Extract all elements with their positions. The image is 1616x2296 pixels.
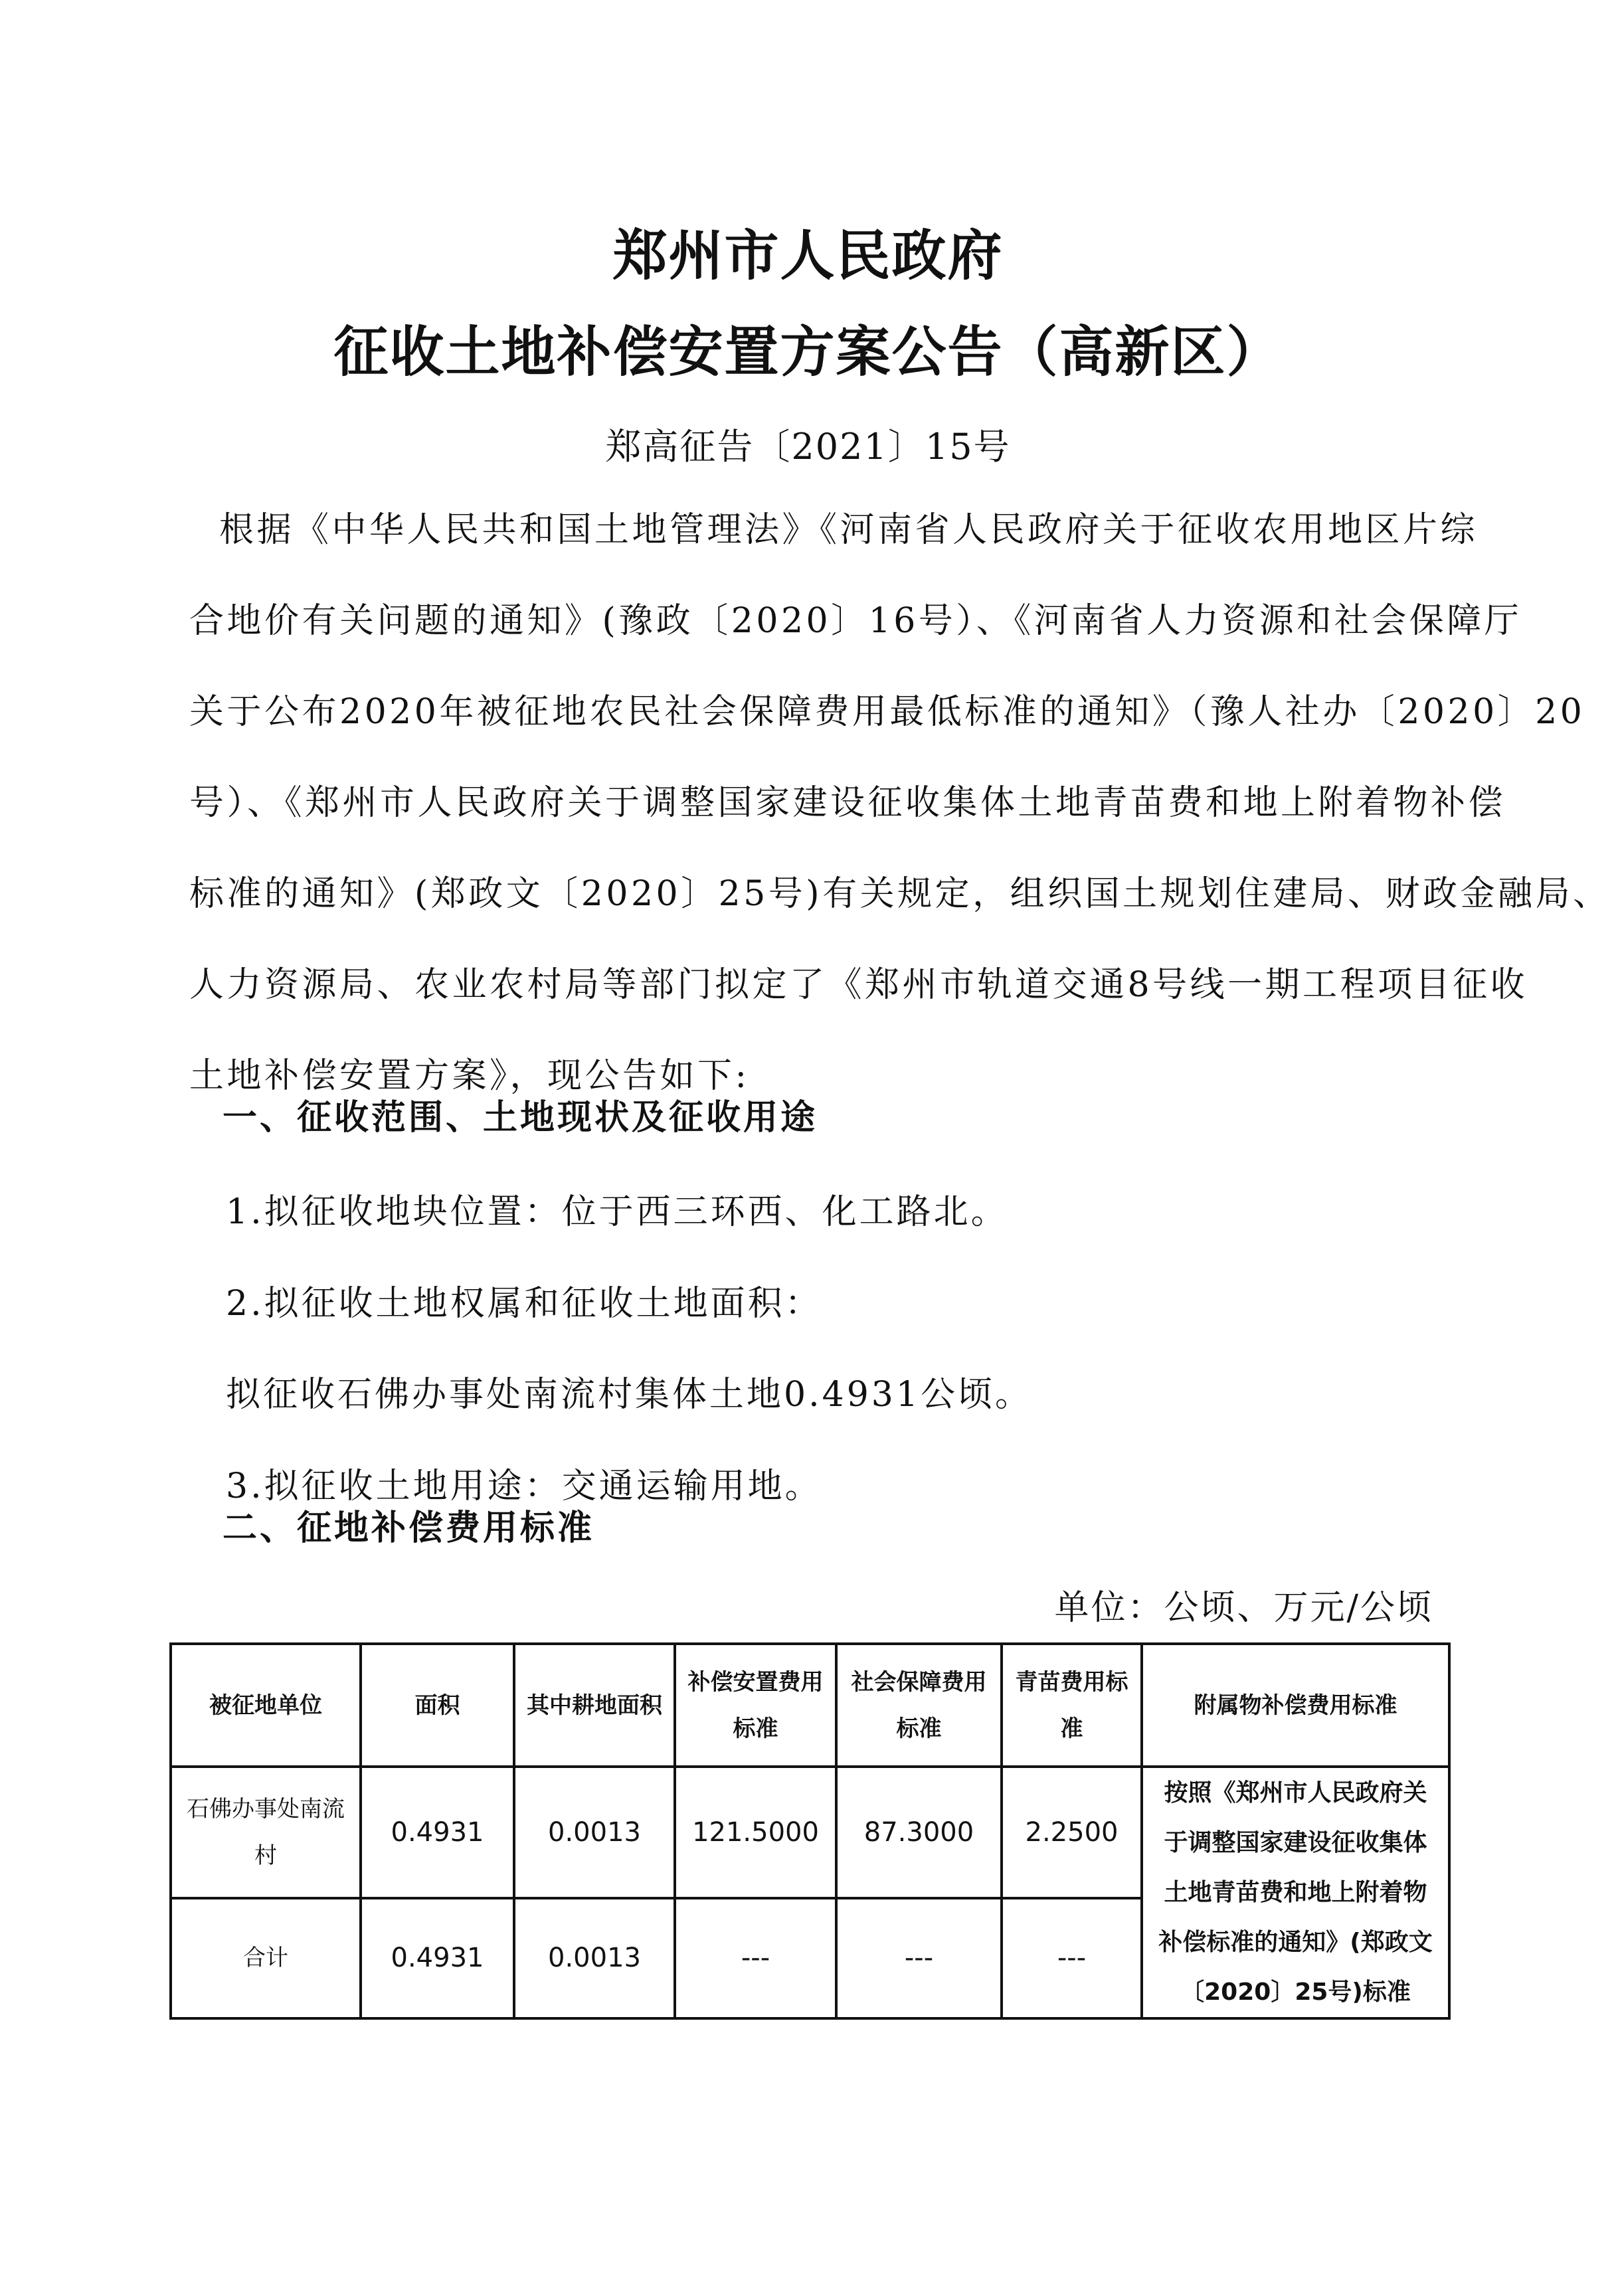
- column-header: 青苗费用标准: [1002, 1644, 1142, 1767]
- intro-line: 合地价有关问题的通知》(豫政〔2020〕16号）、《河南省人力资源和社会保障厅: [189, 592, 1522, 642]
- cell-compensation: 121.5000: [675, 1767, 836, 1898]
- section-item: 拟征收石佛办事处南流村集体土地0.4931公顷。: [226, 1366, 1032, 1416]
- column-header: 其中耕地面积: [514, 1644, 675, 1767]
- column-header: 社会保障费用标准: [836, 1644, 1002, 1767]
- unit-label: 单位：公顷、万元/公顷: [1054, 1579, 1433, 1629]
- cell-social-security: ---: [836, 1898, 1002, 2018]
- cell-area: 0.4931: [361, 1898, 514, 2018]
- intro-line: 根据《中华人民共和国土地管理法》《河南省人民政府关于征收农用地区片综: [219, 501, 1478, 551]
- document-number: 郑高征告〔2021〕15号: [0, 418, 1616, 470]
- page-title: 郑州市人民政府: [0, 213, 1616, 290]
- cell-crop-fee: 2.2500: [1002, 1767, 1142, 1898]
- cell-area: 0.4931: [361, 1767, 514, 1898]
- intro-line: 标准的通知》(郑政文〔2020〕25号)有关规定，组织国土规划住建局、财政金融局…: [189, 865, 1611, 915]
- column-header: 被征地单位: [171, 1644, 361, 1767]
- cell-unit: 石佛办事处南流村: [171, 1767, 361, 1898]
- column-header: 附属物补偿费用标准: [1142, 1644, 1449, 1767]
- cell-farmland-area: 0.0013: [514, 1767, 675, 1898]
- page-subtitle: 征收土地补偿安置方案公告（高新区）: [0, 309, 1616, 387]
- cell-attachment-standard: 按照《郑州市人民政府关于调整国家建设征收集体土地青苗费和地上附着物补偿标准的通知…: [1142, 1767, 1449, 2018]
- column-header: 补偿安置费用标准: [675, 1644, 836, 1767]
- column-header: 面积: [361, 1644, 514, 1767]
- compensation-table: 被征地单位 面积 其中耕地面积 补偿安置费用标准 社会保障费用标准 青苗费用标准…: [169, 1642, 1451, 2020]
- table-row: 石佛办事处南流村 0.4931 0.0013 121.5000 87.3000 …: [171, 1767, 1449, 1898]
- table-header-row: 被征地单位 面积 其中耕地面积 补偿安置费用标准 社会保障费用标准 青苗费用标准…: [171, 1644, 1449, 1767]
- section-heading: 一、征收范围、土地现状及征收用途: [223, 1089, 818, 1139]
- cell-compensation: ---: [675, 1898, 836, 2018]
- section-item: 2.拟征收土地权属和征收土地面积：: [226, 1275, 822, 1325]
- section-heading: 二、征地补偿费用标准: [223, 1500, 594, 1549]
- intro-line: 号）、《郑州市人民政府关于调整国家建设征收集体土地青苗费和地上附着物补偿: [189, 774, 1506, 824]
- cell-social-security: 87.3000: [836, 1767, 1002, 1898]
- cell-crop-fee: ---: [1002, 1898, 1142, 2018]
- cell-unit: 合计: [171, 1898, 361, 2018]
- cell-farmland-area: 0.0013: [514, 1898, 675, 2018]
- intro-line: 关于公布2020年被征地农民社会保障费用最低标准的通知》（豫人社办〔2020〕2…: [189, 683, 1585, 733]
- section-item: 1.拟征收地块位置：位于西三环西、化工路北。: [226, 1184, 1008, 1233]
- intro-line: 人力资源局、农业农村局等部门拟定了《郑州市轨道交通8号线一期工程项目征收: [189, 956, 1528, 1006]
